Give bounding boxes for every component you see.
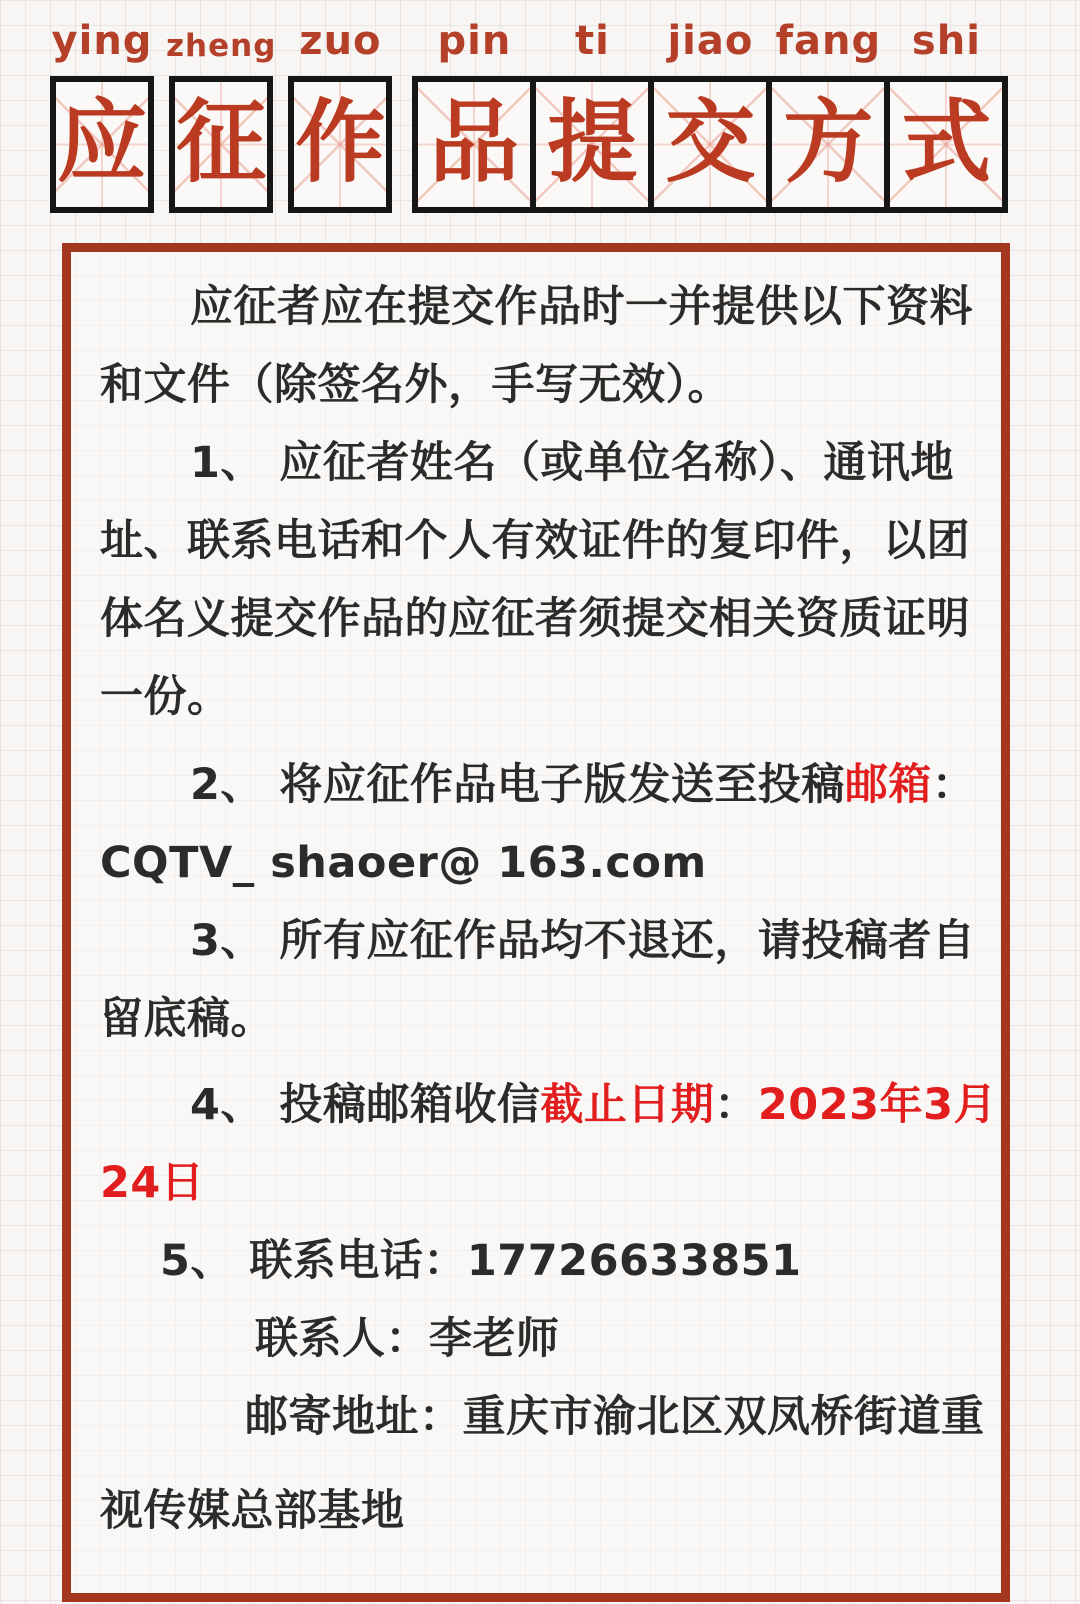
body-text: 5、 联系电话：17726633851 (160, 1236, 802, 1286)
highlighted-text: 邮箱 (845, 760, 932, 810)
text-line: 2、 将应征作品电子版发送至投稿邮箱： (71, 746, 991, 824)
title-char-cell: zheng征 (166, 12, 276, 213)
title-char-cell: fang方 (766, 12, 890, 213)
text-line: 24日 (71, 1144, 991, 1222)
body-text: 一份。 (100, 672, 231, 722)
body-text: 应征者应在提交作品时一并提供以下资料 (190, 282, 973, 332)
text-line: 邮寄地址：重庆市渝北区双凤桥街道重 (71, 1378, 991, 1456)
title-character: 品 (429, 98, 519, 188)
body-text: 邮寄地址：重庆市渝北区双凤桥街道重 (245, 1392, 985, 1442)
mizige-box: 交 (648, 76, 772, 213)
title-character: 方 (783, 98, 873, 188)
text-line: 5、 联系电话：17726633851 (71, 1222, 991, 1300)
mizige-box: 提 (530, 76, 654, 213)
highlighted-text: 24日 (100, 1158, 204, 1208)
title-character: 作 (295, 98, 385, 188)
body-text: 1、 应征者姓名（或单位名称）、通讯地 (190, 438, 954, 488)
pinyin-label: fang (776, 12, 882, 64)
pinyin-label: shi (912, 12, 981, 64)
mizige-box: 作 (288, 76, 392, 213)
highlighted-text: 截止日期 (540, 1080, 714, 1130)
body-text: 联系人：李老师 (255, 1314, 560, 1364)
body-text: 3、 所有应征作品均不退还，请投稿者自 (190, 916, 975, 966)
body-text: CQTV_ shaoer@ 163.com (100, 838, 707, 888)
mizige-box: 方 (766, 76, 890, 213)
pinyin-label: zuo (299, 12, 381, 64)
body-text: 体名义提交作品的应征者须提交相关资质证明 (100, 594, 970, 644)
mizige-box: 品 (412, 76, 536, 213)
mizige-box: 应 (50, 76, 154, 213)
text-line: 和文件（除签名外，手写无效）。 (71, 346, 991, 424)
body-text: 和文件（除签名外，手写无效）。 (100, 360, 731, 410)
body-text: 留底稿。 (100, 994, 274, 1044)
text-line: 应征者应在提交作品时一并提供以下资料 (71, 268, 991, 346)
title-char-cell: ti提 (530, 12, 654, 213)
text-line: CQTV_ shaoer@ 163.com (71, 824, 991, 902)
body-text: 址、联系电话和个人有效证件的复印件，以团 (100, 516, 970, 566)
text-line: 址、联系电话和个人有效证件的复印件，以团 (71, 502, 991, 580)
title-character: 应 (57, 98, 147, 188)
body-text: 2、 将应征作品电子版发送至投稿 (190, 760, 845, 810)
text-line: 3、 所有应征作品均不退还，请投稿者自 (71, 902, 991, 980)
pinyin-label: ying (52, 12, 153, 64)
title-character: 提 (547, 98, 637, 188)
text-line: 视传媒总部基地 (71, 1472, 991, 1550)
title-character: 式 (901, 98, 991, 188)
text-line: 体名义提交作品的应征者须提交相关资质证明 (71, 580, 991, 658)
pinyin-label: ti (575, 12, 610, 64)
body-text: 视传媒总部基地 (100, 1486, 405, 1536)
highlighted-text: 2023年3月 (758, 1080, 997, 1130)
body-text: ： (932, 760, 976, 810)
text-line: 1、 应征者姓名（或单位名称）、通讯地 (71, 424, 991, 502)
text-line: 一份。 (71, 658, 991, 736)
title-char-cell: shi式 (884, 12, 1008, 213)
pinyin-label: pin (437, 12, 511, 64)
pinyin-label: zheng (166, 12, 276, 64)
title-character: 交 (665, 98, 755, 188)
title-char-cell: jiao交 (648, 12, 772, 213)
title-char-cell: ying应 (50, 12, 154, 213)
pinyin-label: jiao (667, 12, 753, 64)
mizige-box: 征 (169, 76, 273, 213)
text-line: 联系人：李老师 (71, 1300, 991, 1378)
content-lines: 应征者应在提交作品时一并提供以下资料和文件（除签名外，手写无效）。1、 应征者姓… (71, 252, 1001, 1550)
title-header: ying应zheng征zuo作pin品ti提jiao交fang方shi式 (50, 12, 1008, 213)
text-line: 留底稿。 (71, 980, 991, 1058)
title-character: 征 (176, 98, 266, 188)
title-char-cell: pin品 (412, 12, 536, 213)
body-text: 4、 投稿邮箱收信 (190, 1080, 540, 1130)
title-char-cell: zuo作 (288, 12, 392, 213)
content-panel: 应征者应在提交作品时一并提供以下资料和文件（除签名外，手写无效）。1、 应征者姓… (62, 243, 1010, 1602)
mizige-box: 式 (884, 76, 1008, 213)
body-text: ： (714, 1080, 758, 1130)
text-line: 4、 投稿邮箱收信截止日期：2023年3月 (71, 1066, 991, 1144)
